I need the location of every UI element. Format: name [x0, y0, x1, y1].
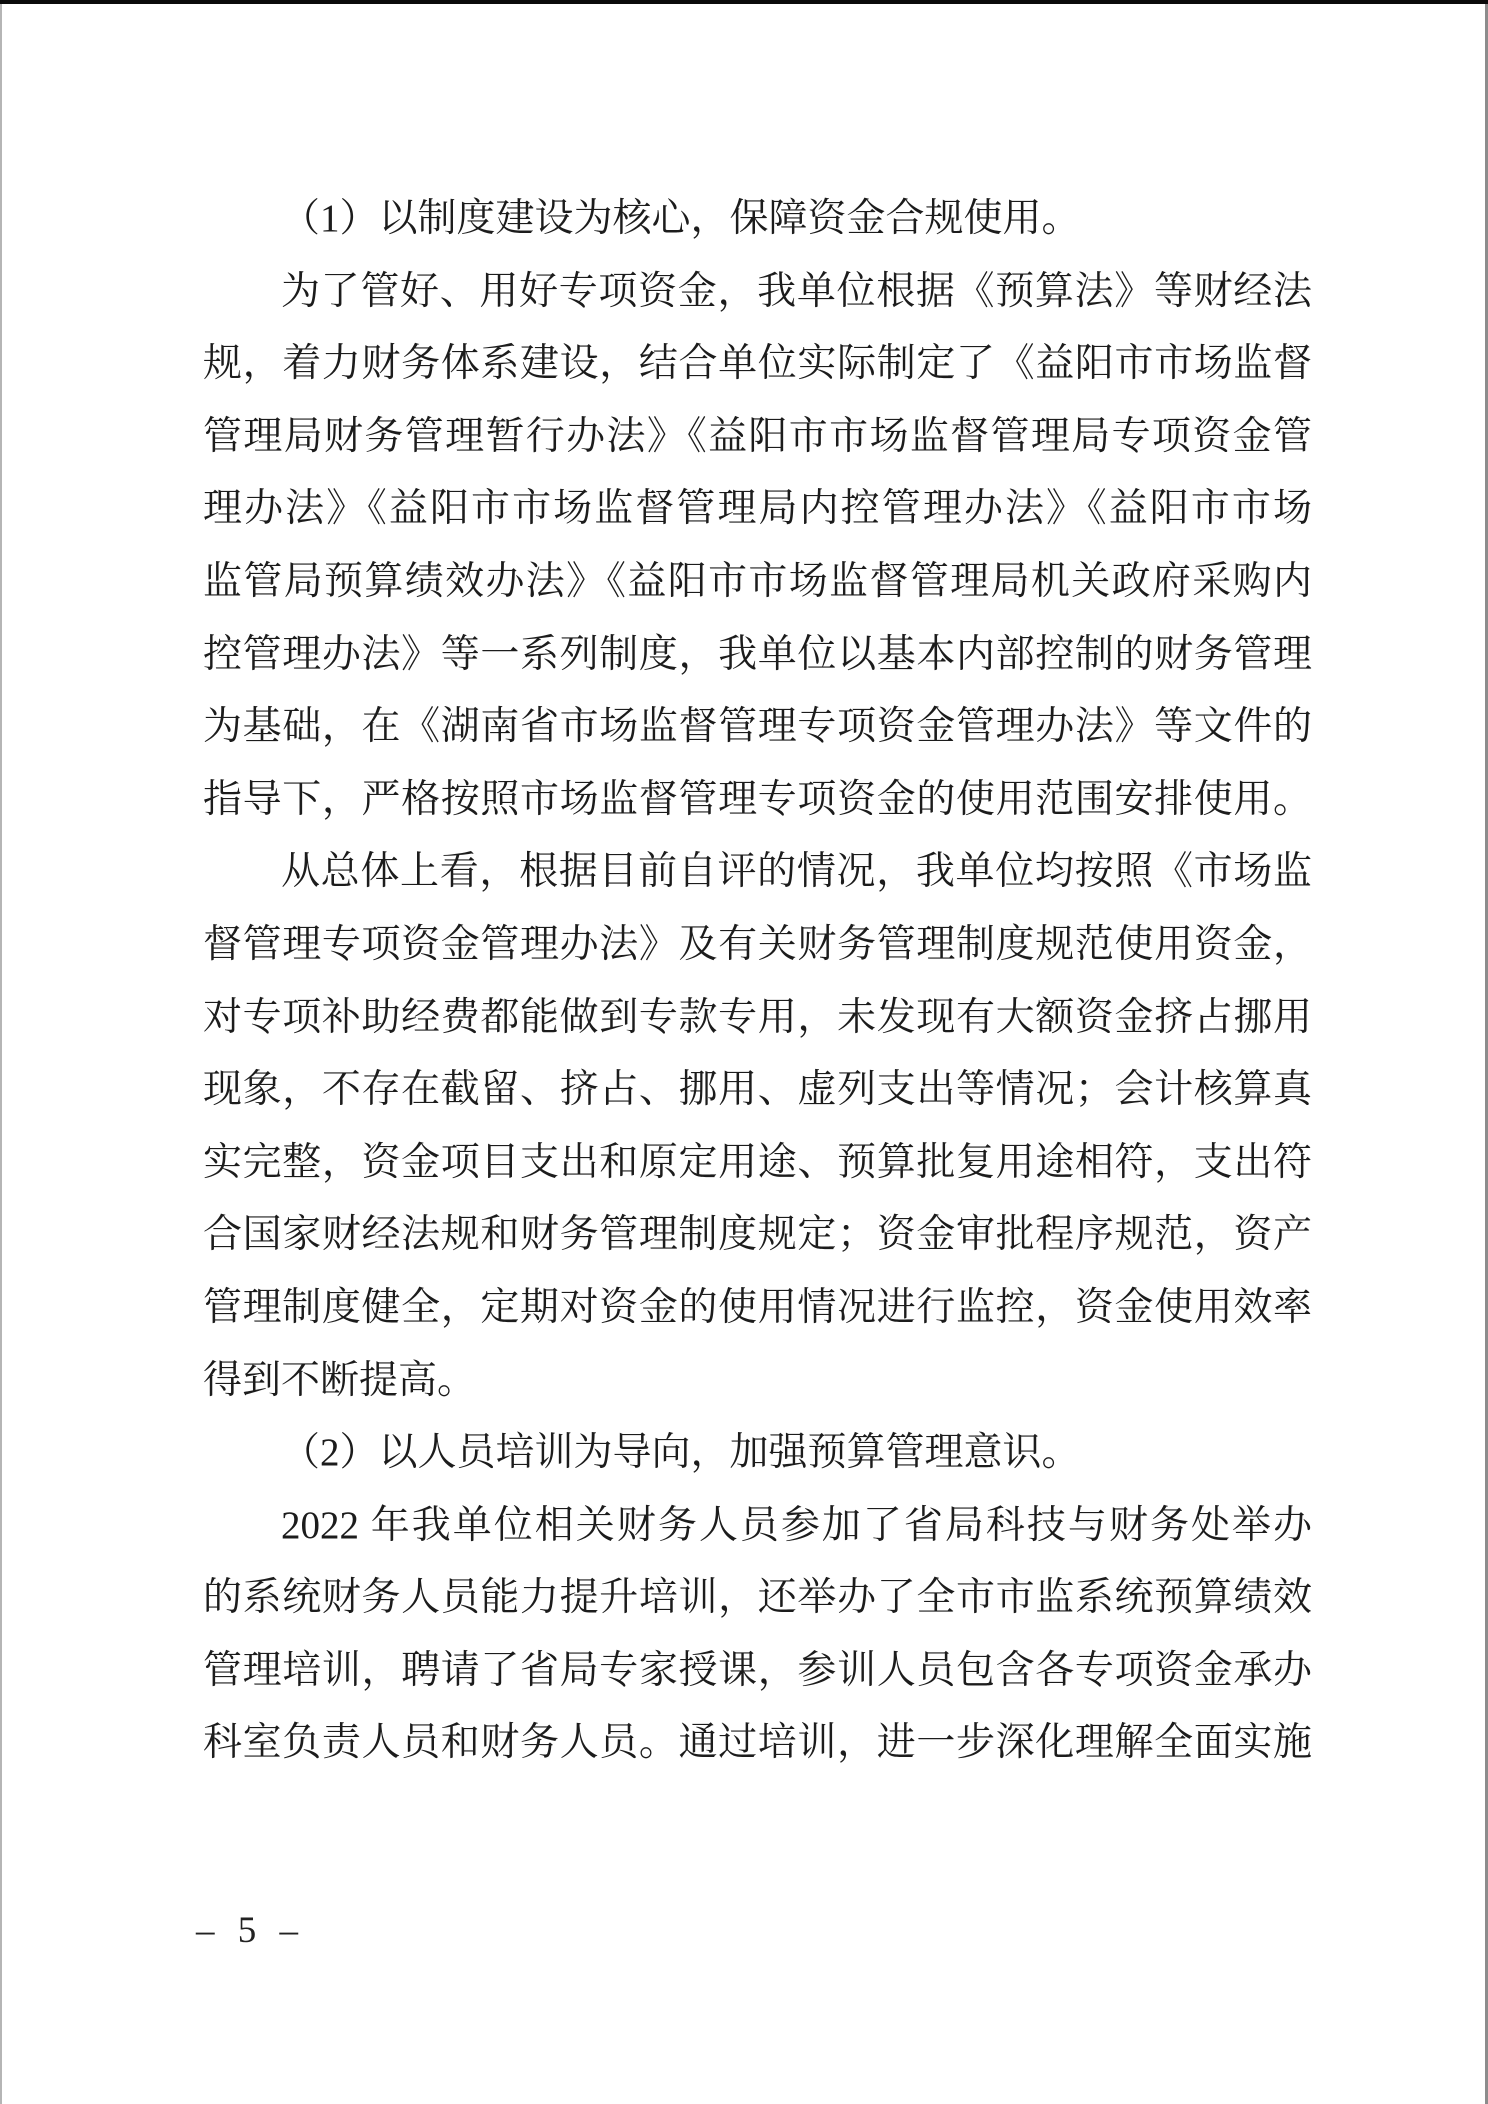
document-line: 管理培训，聘请了省局专家授课，参训人员包含各专项资金承办 [203, 1635, 1312, 1708]
document-line: 监管局预算绩效办法》《益阳市市场监督管理局机关政府采购内 [203, 546, 1312, 619]
document-line: 对专项补助经费都能做到专款专用，未发现有大额资金挤占挪用 [203, 982, 1312, 1055]
page-left-edge [0, 4, 2, 2104]
document-line: 合国家财经法规和财务管理制度规定；资金审批程序规范，资产 [203, 1199, 1312, 1272]
document-line: 规，着力财务体系建设，结合单位实际制定了《益阳市市场监督 [203, 328, 1312, 401]
document-line: 科室负责人员和财务人员。通过培训，进一步深化理解全面实施 [203, 1707, 1312, 1780]
document-line: 从总体上看，根据目前自评的情况，我单位均按照《市场监 [203, 836, 1312, 909]
document-line: 管理制度健全，定期对资金的使用情况进行监控，资金使用效率 [203, 1272, 1312, 1345]
document-line: 指导下，严格按照市场监督管理专项资金的使用范围安排使用。 [203, 764, 1312, 837]
document-line: 控管理办法》等一系列制度，我单位以基本内部控制的财务管理 [203, 619, 1312, 692]
document-line: 的系统财务人员能力提升培训，还举办了全市市监系统预算绩效 [203, 1562, 1312, 1635]
document-text-block: （1）以制度建设为核心，保障资金合规使用。 为了管好、用好专项资金，我单位根据《… [203, 183, 1312, 1780]
document-line: 理办法》《益阳市市场监督管理局内控管理办法》《益阳市市场 [203, 473, 1312, 546]
document-line: 为基础，在《湖南省市场监督管理专项资金管理办法》等文件的 [203, 691, 1312, 764]
document-line: 2022 年我单位相关财务人员参加了省局科技与财务处举办 [203, 1490, 1312, 1563]
document-line: （2）以人员培训为导向，加强预算管理意识。 [203, 1417, 1312, 1490]
document-line: 为了管好、用好专项资金，我单位根据《预算法》等财经法 [203, 256, 1312, 329]
page-number: – 5 – [196, 1907, 301, 1955]
document-line: 得到不断提高。 [203, 1345, 1312, 1418]
document-line: （1）以制度建设为核心，保障资金合规使用。 [203, 183, 1312, 256]
document-line: 管理局财务管理暂行办法》《益阳市市场监督管理局专项资金管 [203, 401, 1312, 474]
document-line: 实完整，资金项目支出和原定用途、预算批复用途相符，支出符 [203, 1127, 1312, 1200]
document-line: 现象，不存在截留、挤占、挪用、虚列支出等情况；会计核算真 [203, 1054, 1312, 1127]
document-line: 督管理专项资金管理办法》及有关财务管理制度规范使用资金， [203, 909, 1312, 982]
document-page: （1）以制度建设为核心，保障资金合规使用。 为了管好、用好专项资金，我单位根据《… [0, 0, 1488, 2104]
page-top-edge [0, 0, 1488, 4]
